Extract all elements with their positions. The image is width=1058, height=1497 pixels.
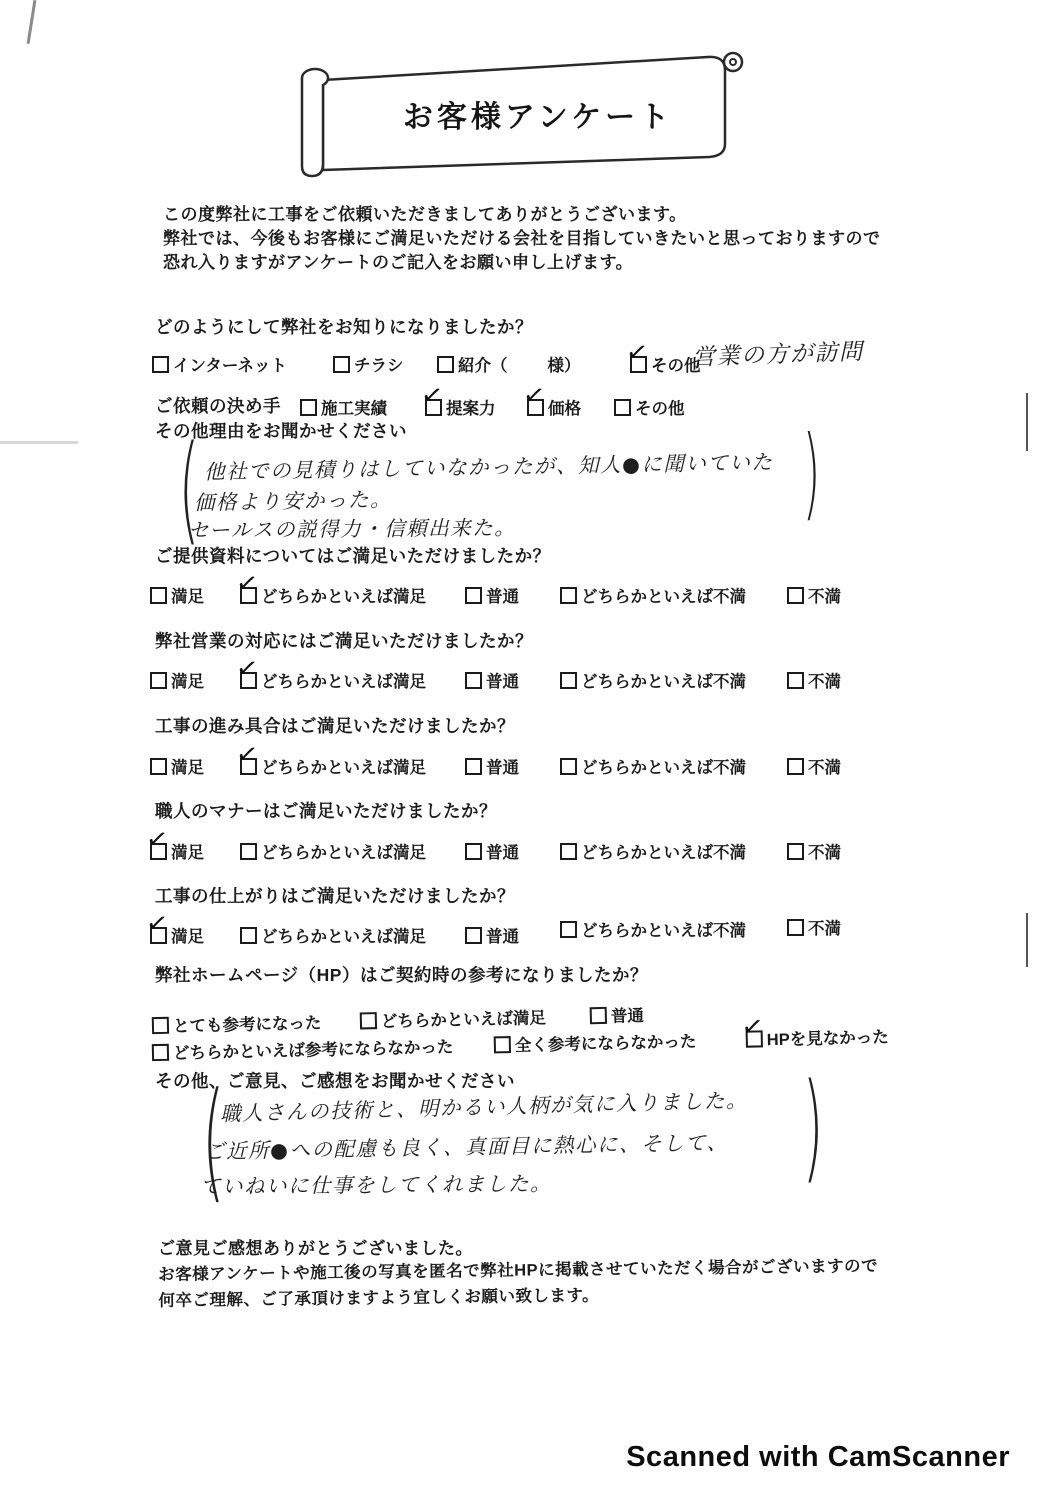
checkbox-icon bbox=[152, 1043, 169, 1060]
option-neutral[interactable]: ✓普通 bbox=[465, 583, 519, 607]
option-somewhat-dissatisfied[interactable]: ✓どちらかといえば不満 bbox=[560, 583, 746, 607]
handwritten-source-note: 営業の方が訪問 bbox=[691, 333, 864, 372]
closing-thanks: ご意見ご感想ありがとうございました。 bbox=[158, 1234, 473, 1259]
option-satisfied[interactable]: ✓満足 bbox=[150, 668, 204, 692]
checkbox-icon bbox=[465, 927, 482, 944]
checkbox-icon bbox=[787, 587, 804, 604]
checkbox-icon bbox=[465, 843, 482, 860]
checkbox-icon bbox=[240, 758, 257, 775]
checkbox-icon bbox=[787, 672, 804, 689]
option-somewhat-satisfied[interactable]: ✓どちらかといえば満足 bbox=[240, 923, 426, 947]
option-somewhat-dissatisfied[interactable]: ✓どちらかといえば不満 bbox=[560, 668, 746, 692]
question-work-progress: 工事の進み具合はご満足いただけましたか？ bbox=[155, 713, 515, 738]
checkbox-icon bbox=[746, 1030, 763, 1047]
option-not-helpful-at-all[interactable]: ✓全く参考にならなかった bbox=[494, 1028, 697, 1057]
option-price[interactable]: ✓価格 bbox=[527, 395, 581, 419]
comments-line-3: ていねいに仕事をしてくれました。 bbox=[200, 1166, 552, 1199]
checkbox-icon bbox=[560, 587, 577, 604]
option-neutral[interactable]: ✓普通 bbox=[465, 668, 519, 692]
decision-label: ご依頼の決め手 bbox=[155, 393, 281, 418]
option-track-record[interactable]: ✓施工実績 bbox=[300, 395, 387, 419]
checkbox-icon bbox=[494, 1036, 511, 1053]
handwritten-paren-close: ) bbox=[803, 428, 821, 518]
title-banner: お客様アンケート bbox=[293, 44, 755, 182]
checkbox-icon bbox=[527, 399, 544, 416]
comments-line-1: 職人さんの技術と、明かるい人柄が気に入りました。 bbox=[220, 1083, 749, 1127]
question-homepage: 弊社ホームページ（HP）はご契約時の参考になりましたか？ bbox=[155, 962, 648, 987]
intro-line-2: 弊社では、今後もお客様にご満足いただける会社を目指していきたいと思っておりますの… bbox=[163, 227, 943, 251]
checkbox-icon bbox=[560, 921, 577, 938]
checkbox-icon bbox=[787, 843, 804, 860]
checkbox-icon bbox=[240, 927, 257, 944]
checkbox-icon bbox=[560, 672, 577, 689]
intro-line-3: 恐れ入りますがアンケートのご記入をお願い申し上げます。 bbox=[163, 251, 943, 275]
question-source: どのようにして弊社をお知りになりましたか？ bbox=[155, 314, 533, 339]
decision-answer-line-2: 価格より安かった。 bbox=[194, 482, 392, 515]
checkbox-icon bbox=[560, 843, 577, 860]
checkbox-icon bbox=[152, 1016, 169, 1033]
checkbox-icon bbox=[630, 356, 647, 373]
option-proposal[interactable]: ✓提案力 bbox=[425, 395, 496, 419]
checkbox-icon bbox=[360, 1012, 377, 1029]
scan-artifact-smudge bbox=[0, 441, 78, 444]
camscanner-watermark: Scanned with CamScanner bbox=[626, 1441, 1010, 1474]
option-somewhat-satisfied[interactable]: ✓どちらかといえば満足 bbox=[240, 668, 426, 692]
option-did-not-see-hp[interactable]: ✓HPを見なかった bbox=[746, 1023, 889, 1050]
option-somewhat-helpful[interactable]: ✓どちらかといえば満足 bbox=[360, 1004, 546, 1032]
option-somewhat-satisfied[interactable]: ✓どちらかといえば満足 bbox=[240, 754, 426, 778]
option-dissatisfied[interactable]: ✓不満 bbox=[787, 754, 841, 778]
checkbox-icon bbox=[240, 587, 257, 604]
option-somewhat-satisfied[interactable]: ✓どちらかといえば満足 bbox=[240, 839, 426, 863]
closing-note: お客様アンケートや施工後の写真を匿名で弊社HPに掲載させていただく場合がございま… bbox=[158, 1252, 959, 1314]
option-somewhat-dissatisfied[interactable]: ✓どちらかといえば不満 bbox=[560, 754, 746, 778]
option-satisfied[interactable]: ✓満足 bbox=[150, 754, 204, 778]
scan-artifact-topleft bbox=[27, 0, 37, 44]
option-neutral[interactable]: ✓普通 bbox=[465, 839, 519, 863]
checkbox-icon bbox=[425, 399, 442, 416]
checkbox-icon bbox=[150, 843, 167, 860]
sales-options-row: ✓満足 ✓どちらかといえば満足 ✓普通 ✓どちらかといえば不満 ✓不満 bbox=[0, 668, 1058, 698]
question-materials: ご提供資料についてはご満足いただけましたか？ bbox=[155, 543, 551, 568]
option-referral[interactable]: ✓紹介（様） bbox=[437, 352, 581, 376]
checkbox-icon bbox=[437, 356, 454, 373]
option-satisfied[interactable]: ✓満足 bbox=[150, 839, 204, 863]
option-somewhat-dissatisfied[interactable]: ✓どちらかといえば不満 bbox=[560, 917, 746, 941]
checkbox-icon bbox=[614, 399, 631, 416]
checkbox-icon bbox=[560, 758, 577, 775]
option-other-decision[interactable]: ✓その他 bbox=[614, 395, 685, 419]
option-internet[interactable]: ✓インターネット bbox=[152, 352, 287, 376]
question-sales-response: 弊社営業の対応にはご満足いただけましたか？ bbox=[155, 628, 533, 653]
checkbox-icon bbox=[150, 927, 167, 944]
checkbox-icon bbox=[300, 399, 317, 416]
materials-options-row: ✓満足 ✓どちらかといえば満足 ✓普通 ✓どちらかといえば不満 ✓不満 bbox=[0, 583, 1058, 613]
checkbox-icon bbox=[150, 587, 167, 604]
option-dissatisfied[interactable]: ✓不満 bbox=[787, 668, 841, 692]
finish-options-row: ✓満足 ✓どちらかといえば満足 ✓普通 ✓どちらかといえば不満 ✓不満 bbox=[0, 923, 1058, 953]
decision-answer-line-3: セールスの説得力・信頼出来た。 bbox=[188, 511, 516, 544]
question-worker-manners: 職人のマナーはご満足いただけましたか？ bbox=[155, 798, 497, 823]
manners-options-row: ✓満足 ✓どちらかといえば満足 ✓普通 ✓どちらかといえば不満 ✓不満 bbox=[0, 839, 1058, 869]
scanned-survey-page: お客様アンケート この度弊社に工事をご依頼いただきましてありがとうございます。 … bbox=[0, 0, 1058, 1497]
source-options-row: ✓インターネット ✓チラシ ✓紹介（様） ✓その他 bbox=[0, 352, 1058, 382]
intro-line-1: この度弊社に工事をご依頼いただきましてありがとうございます。 bbox=[163, 203, 943, 227]
checkbox-icon bbox=[465, 758, 482, 775]
checkbox-icon bbox=[150, 672, 167, 689]
checkbox-icon bbox=[240, 672, 257, 689]
checkbox-icon bbox=[787, 919, 804, 936]
option-dissatisfied[interactable]: ✓不満 bbox=[787, 839, 841, 863]
option-other-source[interactable]: ✓その他 bbox=[630, 352, 701, 376]
checkbox-icon bbox=[333, 356, 350, 373]
option-somewhat-satisfied[interactable]: ✓どちらかといえば満足 bbox=[240, 583, 426, 607]
progress-options-row: ✓満足 ✓どちらかといえば満足 ✓普通 ✓どちらかといえば不満 ✓不満 bbox=[0, 754, 1058, 784]
question-work-finish: 工事の仕上がりはご満足いただけましたか？ bbox=[155, 883, 515, 908]
option-neutral[interactable]: ✓普通 bbox=[465, 754, 519, 778]
handwritten-paren-close: ) bbox=[803, 1074, 824, 1178]
option-satisfied[interactable]: ✓満足 bbox=[150, 923, 204, 947]
option-dissatisfied[interactable]: ✓不満 bbox=[787, 583, 841, 607]
checkbox-icon bbox=[465, 587, 482, 604]
option-somewhat-dissatisfied[interactable]: ✓どちらかといえば不満 bbox=[560, 839, 746, 863]
handwritten-decision-answer: ( ) 他社での見積りはしていなかったが、知人●に聞いていた 価格より安かった。… bbox=[172, 446, 827, 544]
checkbox-icon bbox=[465, 672, 482, 689]
option-hp-neutral[interactable]: ✓普通 bbox=[590, 1002, 645, 1027]
handwritten-comments: ( ) 職人さんの技術と、明かるい人柄が気に入りました。 ご近所●への配慮も良く… bbox=[190, 1088, 830, 1198]
option-dissatisfied[interactable]: ✓不満 bbox=[787, 915, 841, 939]
checkbox-icon bbox=[240, 843, 257, 860]
intro-paragraph: この度弊社に工事をご依頼いただきましてありがとうございます。 弊社では、今後もお… bbox=[163, 203, 943, 275]
checkbox-icon bbox=[787, 758, 804, 775]
checkbox-icon bbox=[150, 758, 167, 775]
page-title: お客様アンケート bbox=[388, 92, 688, 136]
option-neutral[interactable]: ✓普通 bbox=[465, 923, 519, 947]
option-satisfied[interactable]: ✓満足 bbox=[150, 583, 204, 607]
checkbox-icon bbox=[152, 356, 169, 373]
checkbox-icon bbox=[590, 1006, 607, 1023]
comments-line-2: ご近所●への配慮も良く、真面目に熱心に、そして、 bbox=[204, 1125, 729, 1164]
decision-answer-line-1: 他社での見積りはしていなかったが、知人●に聞いていた bbox=[204, 445, 774, 485]
option-very-helpful[interactable]: ✓とても参考になった bbox=[152, 1009, 322, 1037]
option-flyer[interactable]: ✓チラシ bbox=[333, 352, 404, 376]
